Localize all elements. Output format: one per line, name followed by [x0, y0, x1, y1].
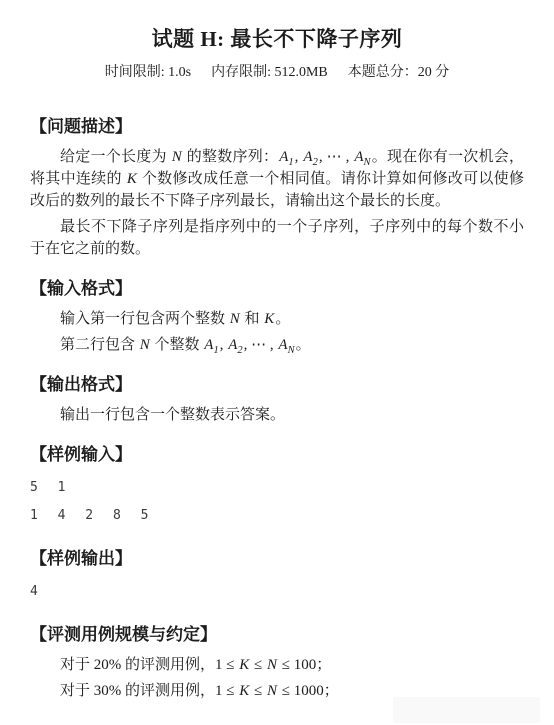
problem-document: 试题 H: 最长不下降子序列 时间限制: 1.0s 内存限制: 512.0MB … [0, 0, 554, 702]
time-limit: 时间限制: 1.0s [105, 64, 191, 82]
math-var: A2 [302, 149, 318, 165]
code-block: 4 [30, 578, 524, 606]
section-heading: 【输出格式】 [30, 374, 524, 396]
paragraph: 输入第一行包含两个整数 N 和 K。 [30, 308, 524, 330]
math-var: K [238, 657, 250, 673]
section-heading: 【样例输入】 [30, 444, 524, 466]
problem-title: 试题 H: 最长不下降子序列 [30, 26, 524, 52]
paragraph: 输出一行包含一个整数表示答案。 [30, 404, 524, 426]
math-var: A1 [203, 337, 219, 353]
paragraph: 给定一个长度为 N 的整数序列：A1, A2, ⋯ , AN。现在你有一次机会，… [30, 146, 524, 212]
problem-meta: 时间限制: 1.0s 内存限制: 512.0MB 本题总分：20 分 [30, 64, 524, 82]
section-heading: 【问题描述】 [30, 116, 524, 138]
memory-limit: 内存限制: 512.0MB [211, 64, 328, 82]
paragraph: 第二行包含 N 个整数 A1, A2, ⋯ , AN。 [30, 334, 524, 356]
section-heading: 【评测用例规模与约定】 [30, 624, 524, 646]
code-line: 1 4 2 8 5 [30, 502, 524, 530]
math-var: AN [277, 337, 295, 353]
paragraph: 最长不下降子序列是指序列中的一个子序列，子序列中的每个数不小于在它之前的数。 [30, 216, 524, 260]
paragraph: 对于 20% 的评测用例，1 ≤ K ≤ N ≤ 100； [30, 654, 524, 676]
section: 【输入格式】输入第一行包含两个整数 N 和 K。第二行包含 N 个整数 A1, … [30, 278, 524, 356]
faint-highlight-artifact [393, 697, 540, 723]
section-heading: 【样例输出】 [30, 548, 524, 570]
math-var: N [139, 337, 151, 353]
section: 【样例输出】4 [30, 548, 524, 606]
math-var: A2 [227, 337, 243, 353]
section: 【问题描述】给定一个长度为 N 的整数序列：A1, A2, ⋯ , AN。现在你… [30, 116, 524, 260]
section: 【输出格式】输出一行包含一个整数表示答案。 [30, 374, 524, 426]
math-var: N [229, 311, 241, 327]
math-var: AN [353, 149, 371, 165]
total-score: 本题总分：20 分 [348, 64, 450, 82]
code-line: 4 [30, 578, 524, 606]
math-var: N [266, 683, 278, 699]
section-heading: 【输入格式】 [30, 278, 524, 300]
math-var: K [263, 311, 275, 327]
code-line: 5 1 [30, 474, 524, 502]
math-var: K [126, 171, 138, 187]
math-var: K [238, 683, 250, 699]
sections-container: 【问题描述】给定一个长度为 N 的整数序列：A1, A2, ⋯ , AN。现在你… [30, 116, 524, 702]
math-var: N [171, 149, 183, 165]
section: 【评测用例规模与约定】对于 20% 的评测用例，1 ≤ K ≤ N ≤ 100；… [30, 624, 524, 702]
code-block: 5 11 4 2 8 5 [30, 474, 524, 530]
math-var: A1 [278, 149, 294, 165]
math-var: N [266, 657, 278, 673]
section: 【样例输入】5 11 4 2 8 5 [30, 444, 524, 530]
